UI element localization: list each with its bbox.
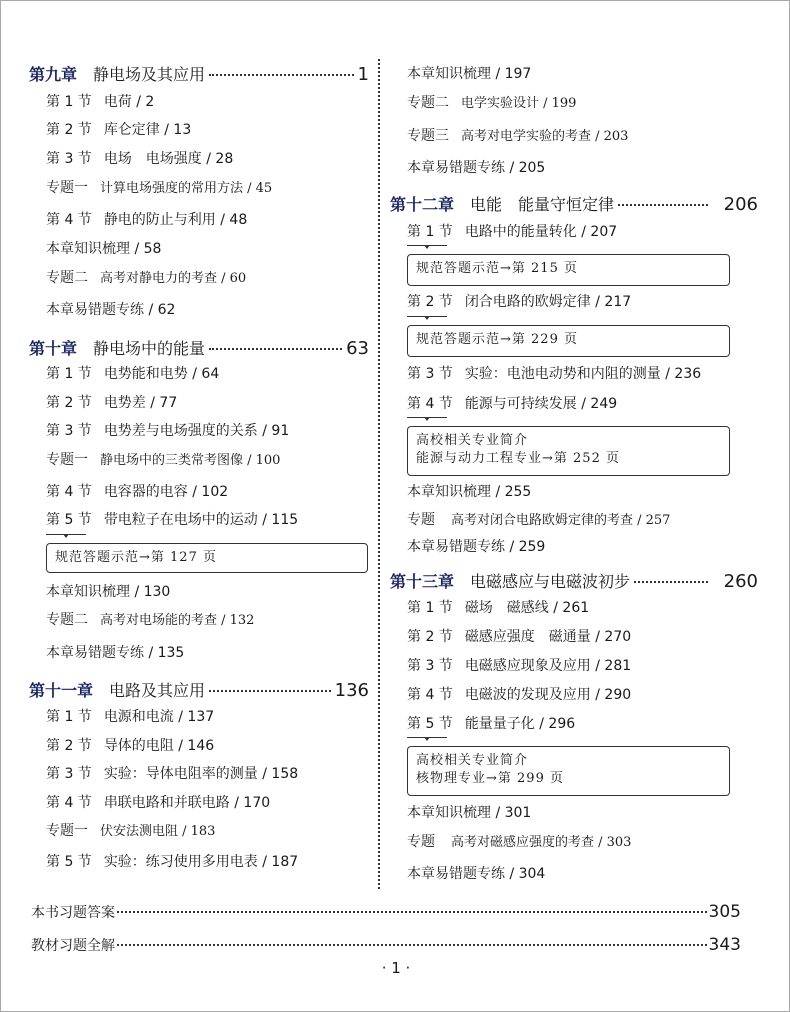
toc-entry[interactable]: 第 5 节带电粒子在电场中的运动 / 115	[46, 511, 298, 529]
entry-title: 静电的防止与利用 / 48	[104, 212, 247, 228]
entry-title: 高考对电场能的考查 / 132	[100, 613, 254, 628]
chapter-13[interactable]: 第十三章 电磁感应与电磁波初步 260	[390, 572, 758, 592]
entry-title: 实验：练习使用多用电表 / 187	[104, 854, 298, 870]
entry-title: 电磁波的发现及应用 / 290	[465, 687, 631, 703]
toc-entry[interactable]: 第 1 节电荷 / 2	[46, 93, 154, 111]
toc-entry[interactable]: 第 4 节串联电路和并联电路 / 170	[46, 794, 270, 812]
entry-title: 高考对闭合电路欧姆定律的考查 / 257	[451, 513, 670, 528]
leader-dots	[634, 581, 708, 583]
entry-label: 专题	[407, 833, 435, 851]
box-heading: 高校相关专业简介	[416, 752, 721, 770]
entry-label: 第 5 节	[407, 715, 453, 733]
chapter-11[interactable]: 第十一章 电路及其应用 136	[29, 681, 369, 701]
appendix-answers[interactable]: 本书习题答案 305	[31, 902, 741, 922]
entry-label: 第 1 节	[407, 599, 453, 617]
toc-entry[interactable]: 本章知识梳理 / 58	[46, 240, 161, 258]
chapter-label: 第九章	[29, 65, 77, 85]
toc-entry[interactable]: 本章知识梳理 / 130	[46, 583, 170, 601]
box-text: 规范答题示范→第 215 页	[416, 261, 578, 276]
toc-entry[interactable]: 第 4 节电磁波的发现及应用 / 290	[407, 686, 631, 704]
chapter-title: 电能 能量守恒定律	[470, 195, 614, 215]
answer-demo-box[interactable]: 规范答题示范→第 127 页	[46, 543, 368, 573]
appendix-page: 305	[709, 902, 741, 922]
toc-entry[interactable]: 专题一伏安法测电阻 / 183	[46, 822, 215, 841]
chapter-page: 63	[346, 339, 369, 359]
chapter-page: 206	[724, 195, 758, 215]
leader-dots	[209, 74, 354, 76]
entry-title: 实验：导体电阻率的测量 / 158	[104, 766, 298, 782]
toc-entry[interactable]: 第 5 节实验：练习使用多用电表 / 187	[46, 853, 298, 871]
entry-title: 本章知识梳理 / 197	[407, 66, 531, 82]
entry-label: 第 3 节	[46, 150, 92, 168]
toc-entry[interactable]: 第 1 节磁场 磁感线 / 261	[407, 599, 589, 617]
entry-label: 第 3 节	[46, 422, 92, 440]
chapter-label: 第十二章	[390, 195, 454, 215]
major-intro-box[interactable]: 高校相关专业简介 核物理专业→第 299 页	[407, 746, 730, 796]
toc-entry[interactable]: 专题二高考对电场能的考查 / 132	[46, 611, 254, 630]
chapter-page: 260	[724, 572, 758, 592]
toc-entry[interactable]: 专题二电学实验设计 / 199	[407, 94, 576, 113]
entry-title: 电磁感应现象及应用 / 281	[465, 658, 631, 674]
chapter-10[interactable]: 第十章 静电场中的能量 63	[29, 339, 369, 359]
toc-entry[interactable]: 第 2 节导体的电阻 / 146	[46, 737, 214, 755]
toc-entry[interactable]: 专题二高考对静电力的考查 / 60	[46, 269, 246, 288]
pointer-underline	[407, 417, 447, 418]
toc-entry[interactable]: 第 2 节库仑定律 / 13	[46, 121, 191, 139]
toc-entry[interactable]: 第 3 节实验：电池电动势和内阻的测量 / 236	[407, 365, 701, 383]
toc-entry[interactable]: 第 2 节磁感应强度 磁通量 / 270	[407, 628, 631, 646]
chapter-title: 电磁感应与电磁波初步	[470, 572, 630, 592]
chapter-9[interactable]: 第九章 静电场及其应用 1	[29, 65, 369, 85]
entry-label: 第 3 节	[407, 657, 453, 675]
entry-label: 专题一	[46, 822, 88, 840]
entry-title: 本章易错题专练 / 259	[407, 539, 545, 555]
box-text: 规范答题示范→第 229 页	[416, 332, 578, 347]
entry-label: 第 2 节	[407, 628, 453, 646]
entry-label: 第 4 节	[46, 794, 92, 812]
entry-title: 电势差与电场强度的关系 / 91	[104, 423, 289, 439]
entry-title: 本章易错题专练 / 62	[46, 302, 175, 318]
entry-label: 第 1 节	[46, 365, 92, 383]
toc-page: 第九章 静电场及其应用 1 第 1 节电荷 / 2 第 2 节库仑定律 / 13…	[0, 0, 790, 1012]
entry-title: 能源与可持续发展 / 249	[465, 396, 617, 412]
entry-title: 计算电场强度的常用方法 / 45	[100, 181, 272, 196]
leader-dots	[209, 690, 331, 692]
entry-label: 第 5 节	[46, 853, 92, 871]
chapter-title: 静电场中的能量	[93, 339, 205, 359]
entry-title: 带电粒子在电场中的运动 / 115	[104, 512, 298, 528]
entry-title: 磁场 磁感线 / 261	[465, 600, 589, 616]
chapter-12[interactable]: 第十二章 电能 能量守恒定律 206	[390, 195, 758, 215]
answer-demo-box[interactable]: 规范答题示范→第 215 页	[407, 254, 730, 286]
entry-label: 专题二	[46, 269, 88, 287]
chapter-label: 第十章	[29, 339, 77, 359]
toc-entry[interactable]: 第 3 节电场 电场强度 / 28	[46, 150, 233, 168]
entry-title: 静电场中的三类常考图像 / 100	[100, 453, 280, 468]
entry-label: 专题	[407, 511, 435, 529]
entry-title: 高考对磁感应强度的考查 / 303	[451, 835, 631, 850]
toc-entry[interactable]: 本章易错题专练 / 62	[46, 301, 175, 319]
entry-title: 电场 电场强度 / 28	[104, 151, 233, 167]
entry-title: 电容器的电容 / 102	[104, 484, 228, 500]
appendix-page: 343	[709, 935, 741, 955]
box-text: 核物理专业→第 299 页	[416, 770, 721, 788]
entry-title: 电荷 / 2	[104, 94, 155, 110]
toc-entry[interactable]: 第 4 节能源与可持续发展 / 249	[407, 395, 617, 413]
leader-dots	[209, 348, 342, 350]
toc-entry[interactable]: 本章知识梳理 / 301	[407, 804, 531, 822]
entry-title: 本章知识梳理 / 130	[46, 584, 170, 600]
entry-title: 本章知识梳理 / 255	[407, 484, 531, 500]
entry-title: 本章知识梳理 / 58	[46, 241, 161, 257]
appendix-title: 本书习题答案	[31, 902, 115, 922]
toc-entry[interactable]: 第 4 节电容器的电容 / 102	[46, 483, 228, 501]
entry-label: 第 2 节	[46, 737, 92, 755]
entry-label: 第 1 节	[46, 93, 92, 111]
entry-title: 电源和电流 / 137	[104, 709, 214, 725]
toc-entry[interactable]: 第 2 节闭合电路的欧姆定律 / 217	[407, 293, 631, 311]
toc-entry[interactable]: 本章易错题专练 / 304	[407, 865, 545, 883]
entry-title: 本章易错题专练 / 135	[46, 645, 184, 661]
entry-title: 本章易错题专练 / 304	[407, 866, 545, 882]
entry-title: 电学实验设计 / 199	[461, 96, 576, 111]
entry-title: 电势差 / 77	[104, 395, 177, 411]
entry-label: 第 2 节	[407, 293, 453, 311]
entry-label: 专题一	[46, 179, 88, 197]
entry-label: 第 2 节	[46, 121, 92, 139]
entry-title: 串联电路和并联电路 / 170	[104, 795, 270, 811]
entry-label: 第 3 节	[46, 765, 92, 783]
entry-title: 导体的电阻 / 146	[104, 738, 214, 754]
toc-entry[interactable]: 本章知识梳理 / 255	[407, 483, 531, 501]
box-text: 规范答题示范→第 127 页	[55, 550, 217, 565]
page-number: · 1 ·	[1, 959, 790, 977]
entry-label: 第 2 节	[46, 394, 92, 412]
entry-title: 高考对静电力的考查 / 60	[100, 271, 246, 286]
toc-entry[interactable]: 本章易错题专练 / 259	[407, 538, 545, 556]
entry-label: 专题一	[46, 451, 88, 469]
chapter-label: 第十一章	[29, 681, 93, 701]
entry-title: 闭合电路的欧姆定律 / 217	[465, 294, 631, 310]
leader-dots	[117, 911, 707, 913]
toc-entry[interactable]: 第 5 节能量量子化 / 296	[407, 715, 575, 733]
box-text: 能源与动力工程专业→第 252 页	[416, 450, 721, 468]
pointer-underline	[407, 737, 447, 738]
entry-title: 磁感应强度 磁通量 / 270	[465, 629, 631, 645]
box-heading: 高校相关专业简介	[416, 432, 721, 450]
toc-entry[interactable]: 第 2 节电势差 / 77	[46, 394, 177, 412]
toc-entry[interactable]: 专题高考对闭合电路欧姆定律的考查 / 257	[407, 511, 670, 530]
entry-label: 第 3 节	[407, 365, 453, 383]
chapter-title: 电路及其应用	[109, 681, 205, 701]
toc-entry[interactable]: 专题三高考对电学实验的考查 / 203	[407, 127, 628, 146]
pointer-underline	[407, 245, 447, 246]
entry-title: 本章易错题专练 / 205	[407, 160, 545, 176]
answer-demo-box[interactable]: 规范答题示范→第 229 页	[407, 325, 730, 357]
appendix-solutions[interactable]: 教材习题全解 343	[31, 935, 741, 955]
pointer-underline	[46, 534, 86, 535]
chapter-page: 1	[358, 65, 369, 85]
entry-title: 高考对电学实验的考查 / 203	[461, 129, 628, 144]
pointer-underline	[407, 316, 447, 317]
major-intro-box[interactable]: 高校相关专业简介 能源与动力工程专业→第 252 页	[407, 426, 730, 476]
entry-label: 专题二	[46, 611, 88, 629]
entry-label: 第 1 节	[46, 708, 92, 726]
chapter-page: 136	[335, 681, 369, 701]
toc-entry[interactable]: 本章易错题专练 / 205	[407, 159, 545, 177]
toc-entry[interactable]: 专题高考对磁感应强度的考查 / 303	[407, 833, 631, 852]
toc-entry[interactable]: 第 1 节电源和电流 / 137	[46, 708, 214, 726]
toc-entry[interactable]: 专题一静电场中的三类常考图像 / 100	[46, 451, 280, 470]
chapter-title: 静电场及其应用	[93, 65, 205, 85]
leader-dots	[117, 944, 707, 946]
toc-entry[interactable]: 本章知识梳理 / 197	[407, 65, 531, 83]
toc-entry[interactable]: 第 3 节电势差与电场强度的关系 / 91	[46, 422, 289, 440]
entry-title: 伏安法测电阻 / 183	[100, 824, 215, 839]
entry-title: 能量量子化 / 296	[465, 716, 575, 732]
entry-label: 专题三	[407, 127, 449, 145]
appendix-title: 教材习题全解	[31, 935, 115, 955]
toc-entry[interactable]: 第 1 节电势能和电势 / 64	[46, 365, 219, 383]
chapter-label: 第十三章	[390, 572, 454, 592]
entry-label: 第 5 节	[46, 511, 92, 529]
toc-entry[interactable]: 第 3 节实验：导体电阻率的测量 / 158	[46, 765, 298, 783]
entry-label: 第 4 节	[407, 395, 453, 413]
toc-entry[interactable]: 第 4 节静电的防止与利用 / 48	[46, 211, 247, 229]
entry-title: 库仑定律 / 13	[104, 122, 191, 138]
leader-dots	[618, 204, 708, 206]
toc-entry[interactable]: 第 1 节电路中的能量转化 / 207	[407, 223, 617, 241]
entry-title: 电势能和电势 / 64	[104, 366, 219, 382]
entry-label: 第 1 节	[407, 223, 453, 241]
column-divider	[378, 59, 380, 889]
entry-title: 电路中的能量转化 / 207	[465, 224, 617, 240]
toc-entry[interactable]: 第 3 节电磁感应现象及应用 / 281	[407, 657, 631, 675]
entry-label: 第 4 节	[46, 483, 92, 501]
toc-entry[interactable]: 本章易错题专练 / 135	[46, 644, 184, 662]
entry-label: 第 4 节	[46, 211, 92, 229]
entry-label: 专题二	[407, 94, 449, 112]
entry-title: 本章知识梳理 / 301	[407, 805, 531, 821]
toc-entry[interactable]: 专题一计算电场强度的常用方法 / 45	[46, 179, 272, 198]
entry-title: 实验：电池电动势和内阻的测量 / 236	[465, 366, 701, 382]
entry-label: 第 4 节	[407, 686, 453, 704]
